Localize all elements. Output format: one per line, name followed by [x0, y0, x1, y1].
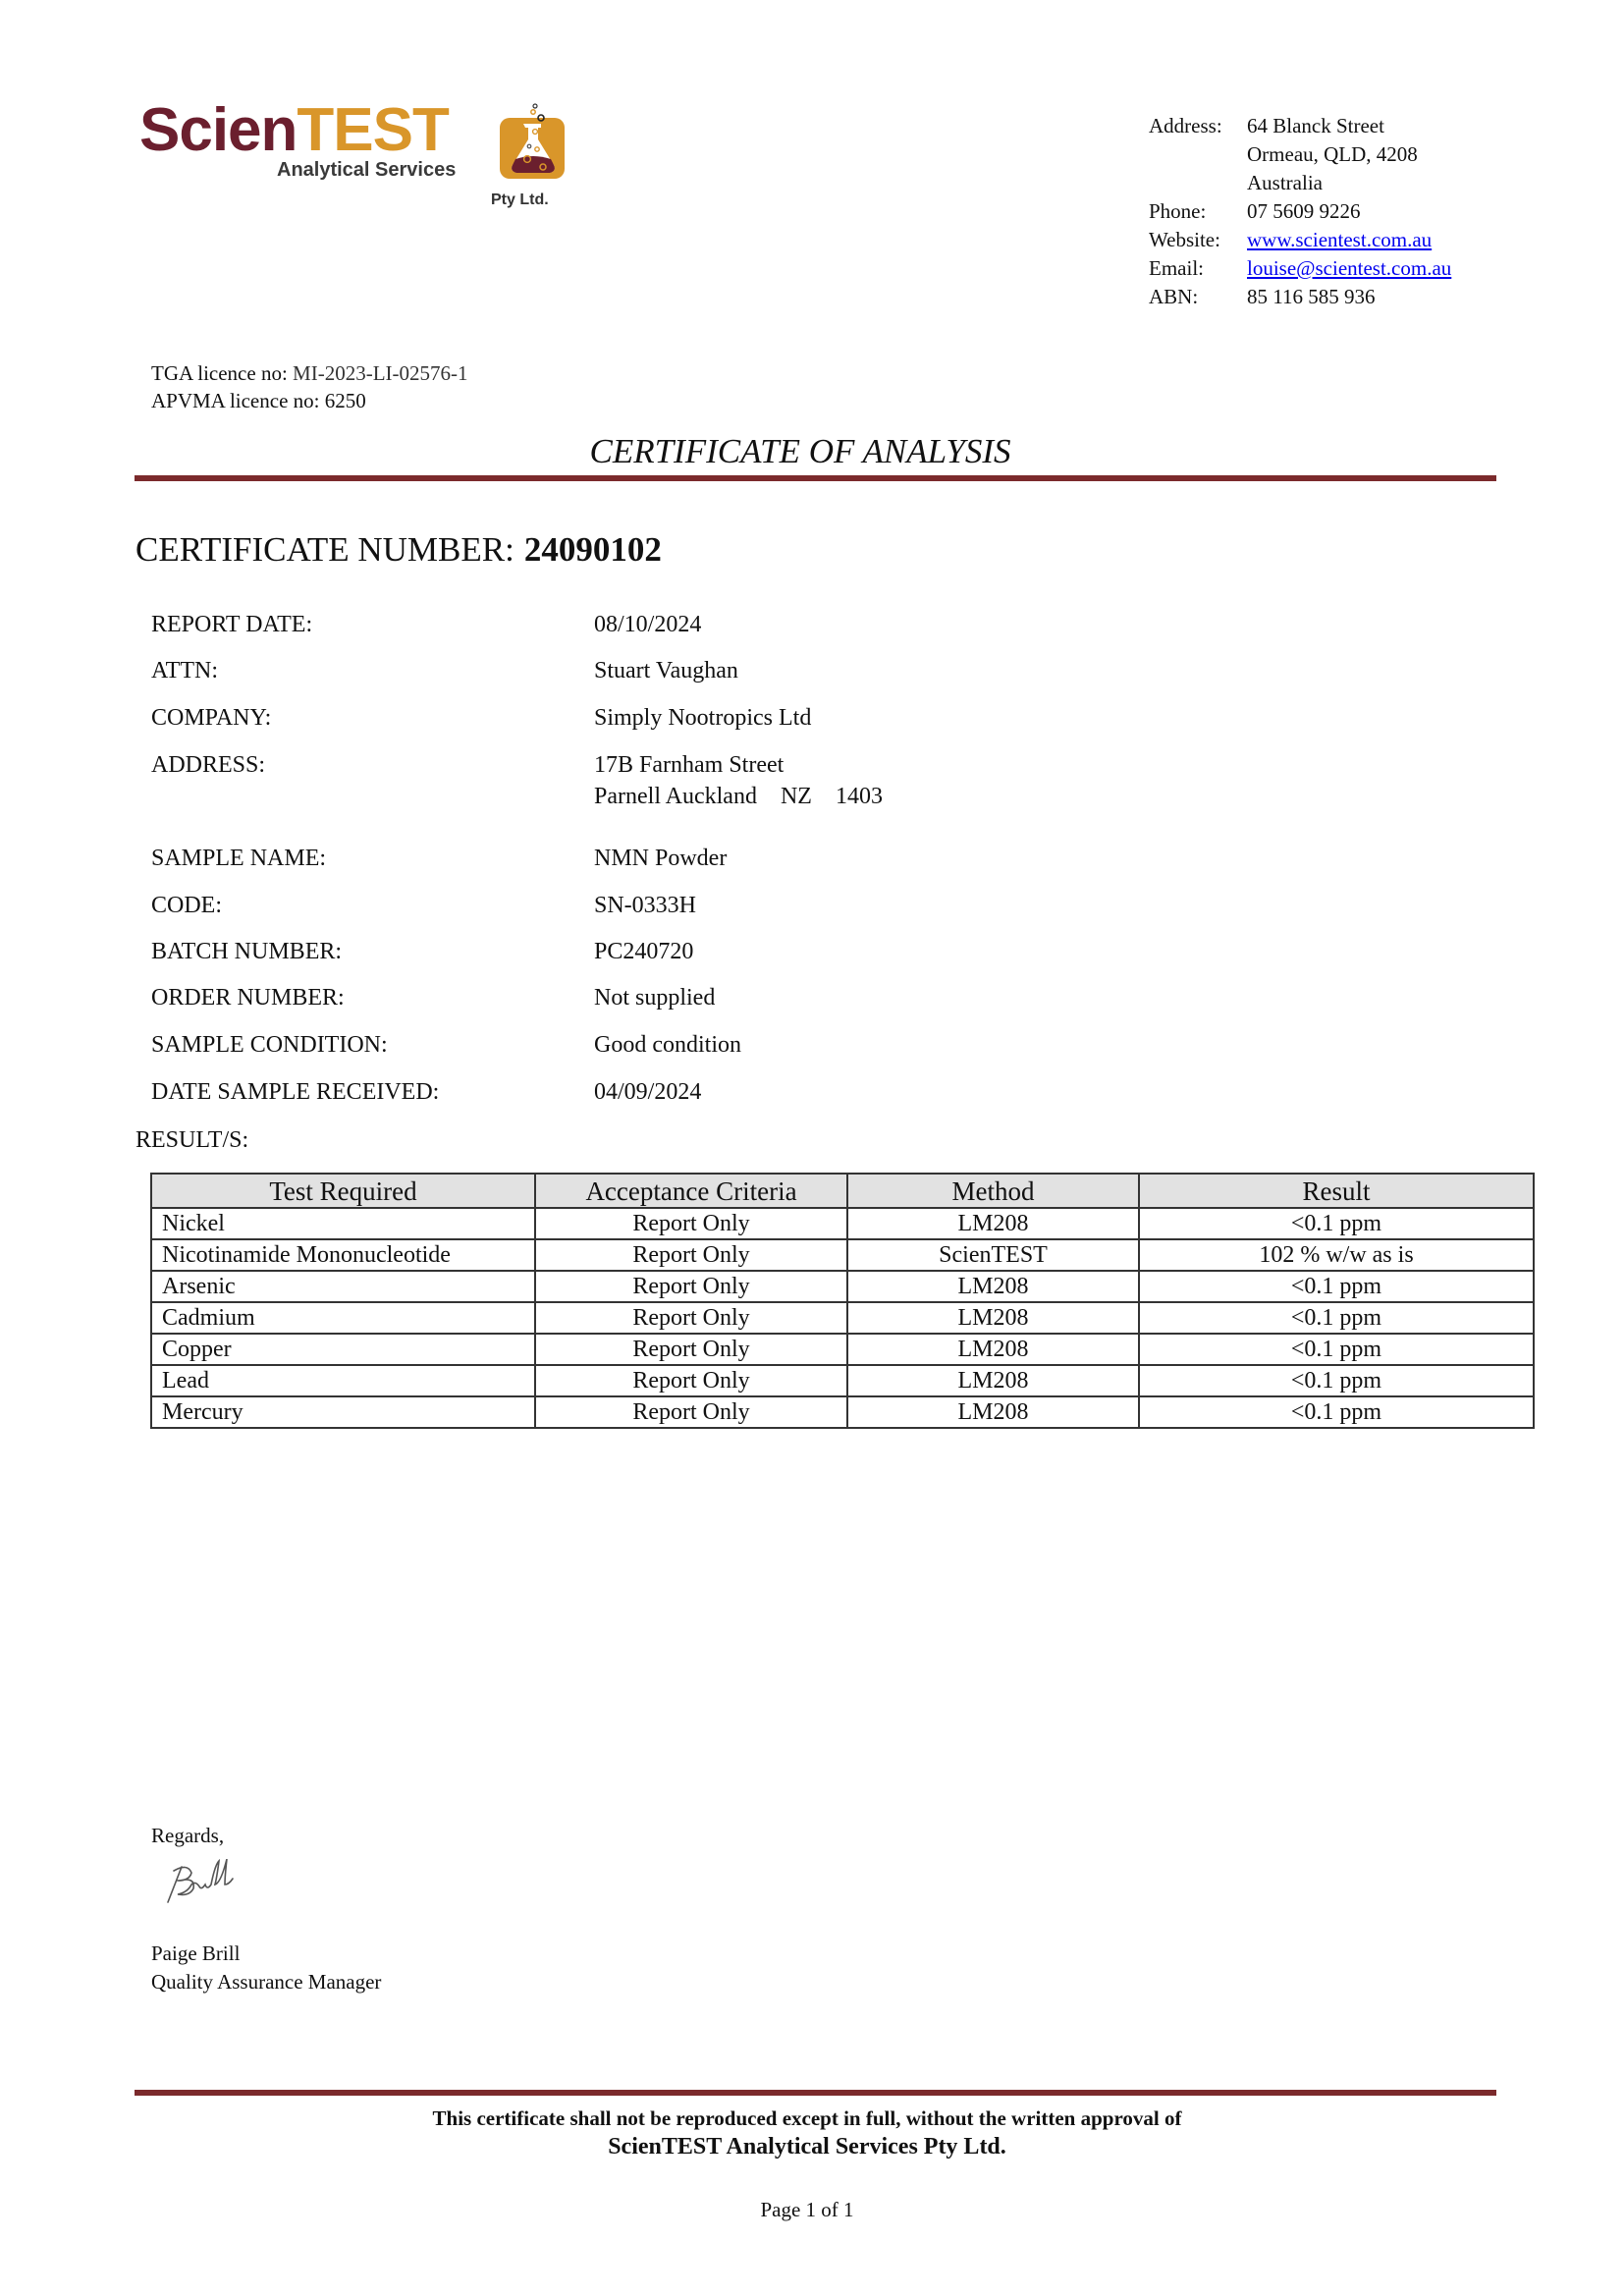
client-address-label: ADDRESS:: [151, 751, 265, 779]
phone-label: Phone:: [1149, 197, 1247, 226]
footer-disclaimer: This certificate shall not be reproduced…: [0, 2106, 1614, 2131]
acceptance-criteria-cell: Report Only: [535, 1208, 847, 1239]
company-logo: ScienTEST Analytical Services Pty Ltd.: [139, 98, 571, 221]
code-label: CODE:: [151, 892, 222, 919]
test-required-cell: Lead: [151, 1365, 535, 1396]
logo-scien: Scien: [139, 96, 297, 164]
title-divider: [135, 475, 1496, 481]
tga-licence: TGA licence no: MI-2023-LI-02576-1: [151, 359, 468, 387]
table-row: ArsenicReport OnlyLM208<0.1 ppm: [151, 1271, 1534, 1302]
website-link[interactable]: www.scientest.com.au: [1247, 228, 1432, 251]
header-result: Result: [1139, 1174, 1534, 1208]
certificate-number-value: 24090102: [524, 530, 662, 569]
date-received-label: DATE SAMPLE RECEIVED:: [151, 1078, 439, 1106]
address-line-1: 64 Blanck Street: [1247, 112, 1451, 140]
email-link[interactable]: louise@scientest.com.au: [1247, 256, 1451, 280]
test-required-cell: Copper: [151, 1334, 535, 1365]
apvma-label: APVMA licence no:: [151, 389, 325, 412]
method-cell: ScienTEST: [847, 1239, 1139, 1271]
logo-test: TEST: [297, 96, 448, 164]
header-method: Method: [847, 1174, 1139, 1208]
client-address-line-2: Parnell Auckland NZ 1403: [594, 783, 883, 810]
logo-subtitle: Analytical Services: [277, 159, 456, 182]
results-label: RESULT/S:: [135, 1127, 248, 1154]
method-cell: LM208: [847, 1271, 1139, 1302]
email-label: Email:: [1149, 254, 1247, 283]
sample-name-value: NMN Powder: [594, 845, 727, 872]
signatory-name: Paige Brill: [151, 1940, 381, 1968]
website-label: Website:: [1149, 226, 1247, 254]
client-address-line-1: 17B Farnham Street: [594, 751, 784, 779]
address-label: Address:: [1149, 112, 1247, 140]
test-required-cell: Arsenic: [151, 1271, 535, 1302]
acceptance-criteria-cell: Report Only: [535, 1239, 847, 1271]
header-acceptance-criteria: Acceptance Criteria: [535, 1174, 847, 1208]
address-line-3: Australia: [1247, 169, 1451, 197]
page-number: Page 1 of 1: [0, 2198, 1614, 2222]
flask-icon: [498, 102, 568, 181]
company-contact: Address:64 Blanck Street Ormeau, QLD, 42…: [1149, 112, 1451, 311]
batch-number-label: BATCH NUMBER:: [151, 938, 342, 965]
result-cell: 102 % w/w as is: [1139, 1239, 1534, 1271]
attn-label: ATTN:: [151, 657, 218, 684]
certificate-number: CERTIFICATE NUMBER:24090102: [135, 530, 662, 570]
batch-number-value: PC240720: [594, 938, 693, 965]
table-row: CadmiumReport OnlyLM208<0.1 ppm: [151, 1302, 1534, 1334]
apvma-licence: APVMA licence no: 6250: [151, 387, 468, 414]
apvma-value: 6250: [325, 389, 366, 412]
result-cell: <0.1 ppm: [1139, 1396, 1534, 1428]
code-value: SN-0333H: [594, 892, 696, 919]
abn-label: ABN:: [1149, 283, 1247, 311]
acceptance-criteria-cell: Report Only: [535, 1302, 847, 1334]
result-cell: <0.1 ppm: [1139, 1365, 1534, 1396]
company-label: COMPANY:: [151, 704, 271, 732]
results-table: Test Required Acceptance Criteria Method…: [150, 1173, 1535, 1429]
test-required-cell: Cadmium: [151, 1302, 535, 1334]
report-date-label: REPORT DATE:: [151, 611, 312, 638]
tga-value: MI-2023-LI-02576-1: [293, 361, 467, 385]
footer-divider: [135, 2090, 1496, 2096]
method-cell: LM208: [847, 1208, 1139, 1239]
tga-label: TGA licence no:: [151, 361, 293, 385]
table-row: LeadReport OnlyLM208<0.1 ppm: [151, 1365, 1534, 1396]
attn-value: Stuart Vaughan: [594, 657, 738, 684]
method-cell: LM208: [847, 1396, 1139, 1428]
result-cell: <0.1 ppm: [1139, 1271, 1534, 1302]
date-received-value: 04/09/2024: [594, 1078, 701, 1106]
phone-value: 07 5609 9226: [1247, 197, 1451, 226]
method-cell: LM208: [847, 1334, 1139, 1365]
method-cell: LM208: [847, 1365, 1139, 1396]
test-required-cell: Nicotinamide Mononucleotide: [151, 1239, 535, 1271]
company-value: Simply Nootropics Ltd: [594, 704, 811, 732]
header-test-required: Test Required: [151, 1174, 535, 1208]
signatory-role: Quality Assurance Manager: [151, 1968, 381, 1996]
test-required-cell: Nickel: [151, 1208, 535, 1239]
result-cell: <0.1 ppm: [1139, 1208, 1534, 1239]
regards-text: Regards,: [151, 1824, 224, 1848]
document-title: CERTIFICATE OF ANALYSIS: [0, 432, 1600, 471]
signature-icon: [160, 1859, 268, 1908]
footer-company: ScienTEST Analytical Services Pty Ltd.: [0, 2134, 1614, 2160]
table-row: NickelReport OnlyLM208<0.1 ppm: [151, 1208, 1534, 1239]
logo-wordmark: ScienTEST: [139, 100, 449, 161]
result-cell: <0.1 ppm: [1139, 1334, 1534, 1365]
acceptance-criteria-cell: Report Only: [535, 1271, 847, 1302]
table-row: MercuryReport OnlyLM208<0.1 ppm: [151, 1396, 1534, 1428]
address-line-2: Ormeau, QLD, 4208: [1247, 140, 1451, 169]
acceptance-criteria-cell: Report Only: [535, 1396, 847, 1428]
abn-value: 85 116 585 936: [1247, 283, 1451, 311]
report-date-value: 08/10/2024: [594, 611, 701, 638]
result-cell: <0.1 ppm: [1139, 1302, 1534, 1334]
order-number-value: Not supplied: [594, 984, 715, 1011]
table-row: Nicotinamide MononucleotideReport OnlySc…: [151, 1239, 1534, 1271]
signatory: Paige Brill Quality Assurance Manager: [151, 1940, 381, 1996]
acceptance-criteria-cell: Report Only: [535, 1365, 847, 1396]
licences: TGA licence no: MI-2023-LI-02576-1 APVMA…: [151, 359, 468, 414]
acceptance-criteria-cell: Report Only: [535, 1334, 847, 1365]
sample-name-label: SAMPLE NAME:: [151, 845, 326, 872]
method-cell: LM208: [847, 1302, 1139, 1334]
table-row: CopperReport OnlyLM208<0.1 ppm: [151, 1334, 1534, 1365]
certificate-number-label: CERTIFICATE NUMBER:: [135, 530, 514, 569]
test-required-cell: Mercury: [151, 1396, 535, 1428]
order-number-label: ORDER NUMBER:: [151, 984, 345, 1011]
results-header-row: Test Required Acceptance Criteria Method…: [151, 1174, 1534, 1208]
logo-suffix: Pty Ltd.: [491, 191, 549, 209]
sample-condition-value: Good condition: [594, 1031, 741, 1059]
sample-condition-label: SAMPLE CONDITION:: [151, 1031, 388, 1059]
